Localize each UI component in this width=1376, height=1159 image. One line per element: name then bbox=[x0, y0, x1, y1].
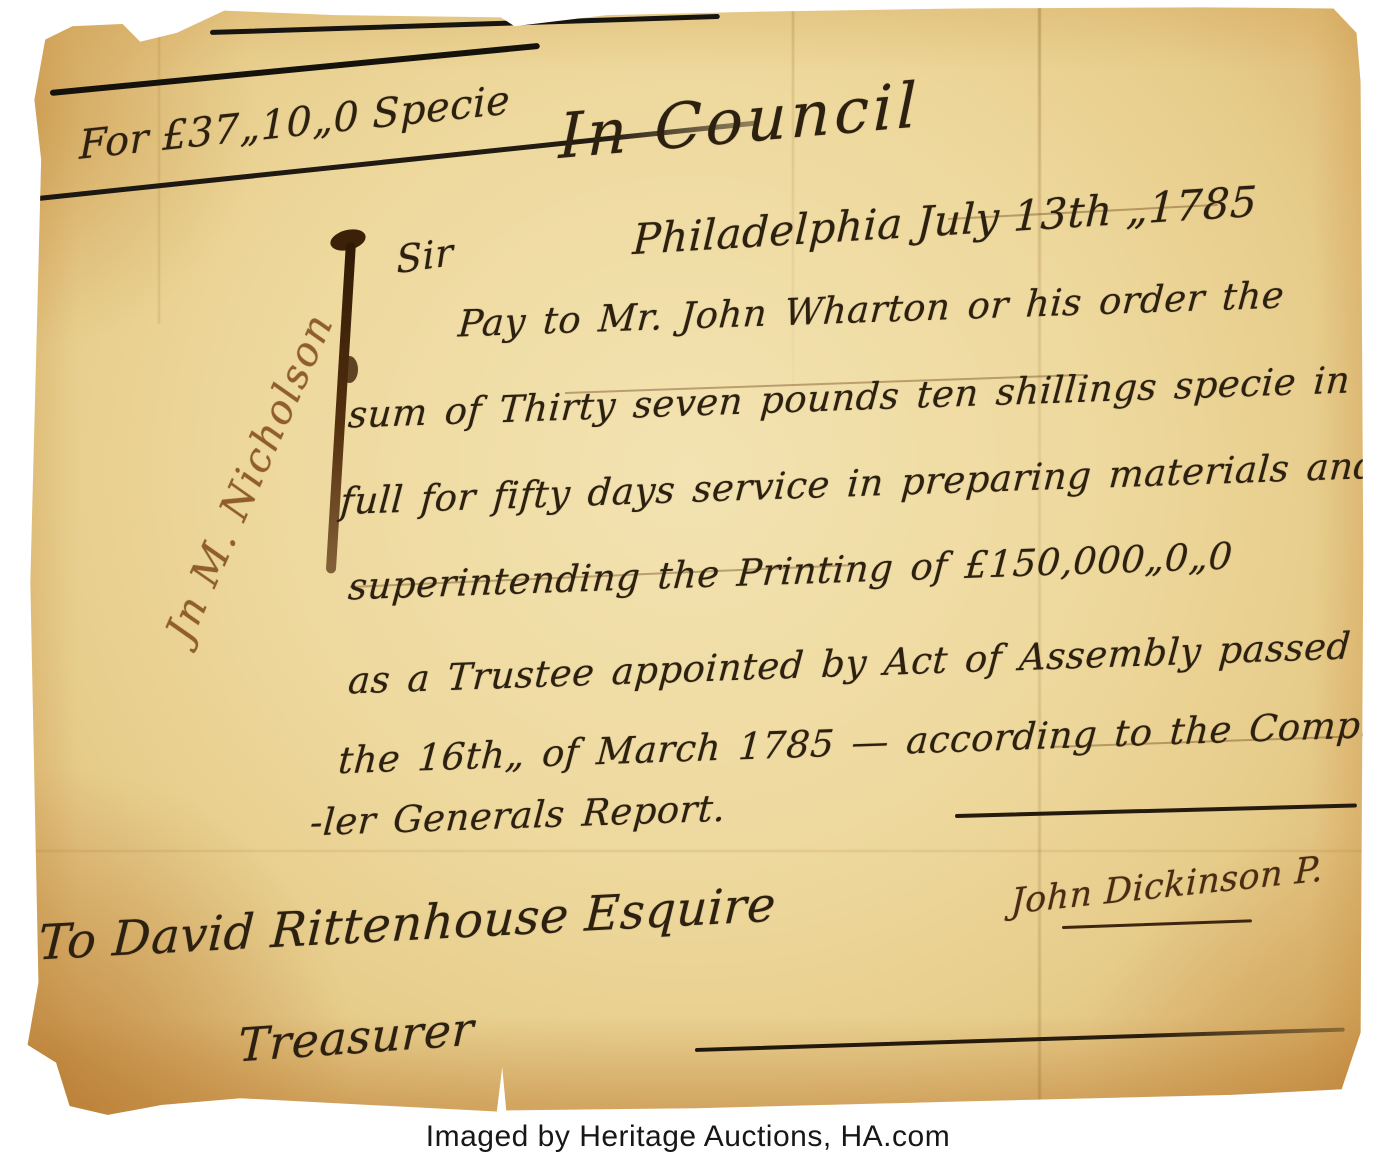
body-line: full for fifty days service in preparing… bbox=[339, 444, 1376, 523]
auction-caption: Imaged by Heritage Auctions, HA.com bbox=[0, 1120, 1376, 1154]
fold-crease-vertical-left bbox=[158, 4, 160, 324]
endorsement-signature-vertical: Jn M. Nicholson bbox=[157, 306, 343, 648]
body-line: the 16th„ of March 1785 — according to t… bbox=[337, 701, 1376, 783]
dateline: Philadelphia July 13th „1785 bbox=[632, 177, 1259, 264]
salutation: Sir bbox=[396, 230, 455, 282]
president-signature: John Dickinson P. bbox=[1010, 849, 1324, 922]
treasurer-end-dash bbox=[695, 1028, 1345, 1052]
manuscript-paper: Jn M. Nicholson For £37„10„0 Specie In C… bbox=[10, 4, 1366, 1116]
addressee-name-line: To David Rittenhouse Esquire bbox=[37, 877, 777, 972]
report-end-dash bbox=[955, 803, 1357, 818]
body-line: sum of Thirty seven pounds ten shillings… bbox=[347, 358, 1352, 436]
top-ink-rule bbox=[210, 14, 720, 35]
signature-underline bbox=[1062, 919, 1252, 929]
ink-blot bbox=[341, 356, 358, 383]
document-heading: In Council bbox=[558, 68, 921, 173]
addressee-title-line: Treasurer bbox=[237, 1002, 475, 1073]
scanned-document-page: Jn M. Nicholson For £37„10„0 Specie In C… bbox=[0, 0, 1376, 1159]
body-line: as a Trustee appointed by Act of Assembl… bbox=[347, 624, 1353, 702]
fold-crease-horizontal bbox=[10, 850, 1366, 852]
body-line: -ler Generals Report. bbox=[309, 787, 727, 845]
body-line: superintending the Printing of £150,000„… bbox=[347, 534, 1234, 608]
body-line: Pay to Mr. John Wharton or his order the bbox=[457, 274, 1286, 346]
